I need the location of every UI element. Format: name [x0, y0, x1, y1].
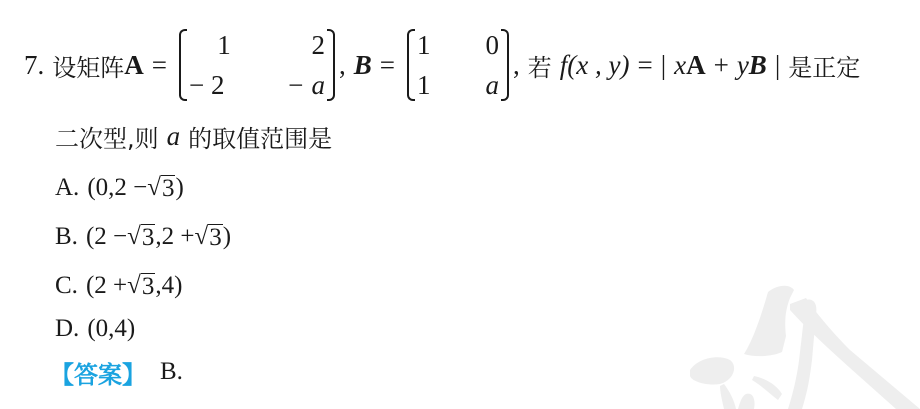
- matrix-b-cell-22: a: [459, 70, 499, 101]
- term-x: x: [674, 50, 686, 81]
- matrix-a-cell-22: − a: [259, 70, 325, 101]
- option-a[interactable]: A. (0,2 − √3 ): [55, 170, 184, 206]
- question-intro: 设矩阵: [52, 48, 124, 83]
- matrix-b-label: B: [354, 50, 372, 81]
- matrix-b-cell-12: 0: [459, 30, 499, 61]
- sqrt-icon: √3: [127, 223, 155, 251]
- matrix-a: 1 2 − 2 − a: [179, 25, 335, 105]
- term-b: B: [749, 50, 767, 81]
- option-d[interactable]: D. (0,4): [55, 311, 135, 347]
- function-args: (x , y): [567, 50, 629, 81]
- matrix-a-cell-21: − 2: [189, 70, 259, 101]
- function-name: f: [560, 50, 568, 81]
- equals-sign-f: =: [637, 50, 652, 81]
- option-b-text-before: (2 −: [86, 223, 127, 251]
- term-a: A: [686, 50, 706, 81]
- option-a-text-after: ): [175, 174, 183, 202]
- matrix-a-cell-11: 1: [189, 30, 259, 61]
- option-a-text-before: (0,2 −: [87, 174, 147, 202]
- option-b-text-after: ): [223, 223, 231, 251]
- question-number: 7.: [24, 50, 44, 81]
- answer-tag: 【答案】: [50, 355, 146, 390]
- equals-sign: =: [152, 50, 167, 81]
- matrix-b-cell-21: 1: [417, 70, 459, 101]
- if-text: 若: [528, 48, 552, 83]
- sqrt-icon: √3: [194, 223, 222, 251]
- sqrt-icon: √3: [147, 174, 175, 202]
- matrix-a-cell-12: 2: [259, 30, 325, 61]
- question-line2-part1: 二次型,则: [55, 119, 159, 154]
- equals-sign-b: =: [380, 50, 395, 81]
- answer-value: B.: [160, 358, 183, 386]
- option-b-label: B.: [55, 223, 78, 251]
- question-line2-part2: 的取值范围是: [188, 119, 332, 154]
- plus-sign: +: [714, 50, 729, 81]
- option-b[interactable]: B. (2 − √3 ,2 + √3 ): [55, 219, 231, 255]
- option-d-label: D.: [55, 315, 79, 343]
- option-b-mid: ,2 +: [155, 223, 194, 251]
- question-tail-line1: 是正定: [788, 48, 860, 83]
- option-c[interactable]: C. (2 + √3 ,4): [55, 268, 182, 304]
- matrix-a-label: A: [124, 50, 144, 81]
- option-c-text-after: ,4): [155, 272, 182, 300]
- det-close: |: [775, 50, 780, 81]
- det-open: |: [661, 50, 666, 81]
- term-y: y: [737, 50, 749, 81]
- comma: ,: [339, 50, 346, 81]
- option-c-label: C.: [55, 272, 78, 300]
- comma-2: ,: [513, 50, 520, 81]
- calligraphy-watermark-icon: [690, 280, 920, 409]
- answer-line: 【答案】 B.: [50, 354, 183, 390]
- option-d-text: (0,4): [87, 315, 135, 343]
- option-a-label: A.: [55, 174, 79, 202]
- matrix-b-cell-11: 1: [417, 30, 459, 61]
- question-line-1: 7. 设矩阵 A = 1 2 − 2 − a , B = 1 0 1 a , 若…: [24, 22, 860, 108]
- sqrt-icon: √3: [127, 272, 155, 300]
- question-var-a: a: [167, 121, 181, 152]
- question-line-2: 二次型,则 a 的取值范围是: [55, 118, 332, 154]
- option-c-text-before: (2 +: [86, 272, 127, 300]
- matrix-b: 1 0 1 a: [407, 25, 509, 105]
